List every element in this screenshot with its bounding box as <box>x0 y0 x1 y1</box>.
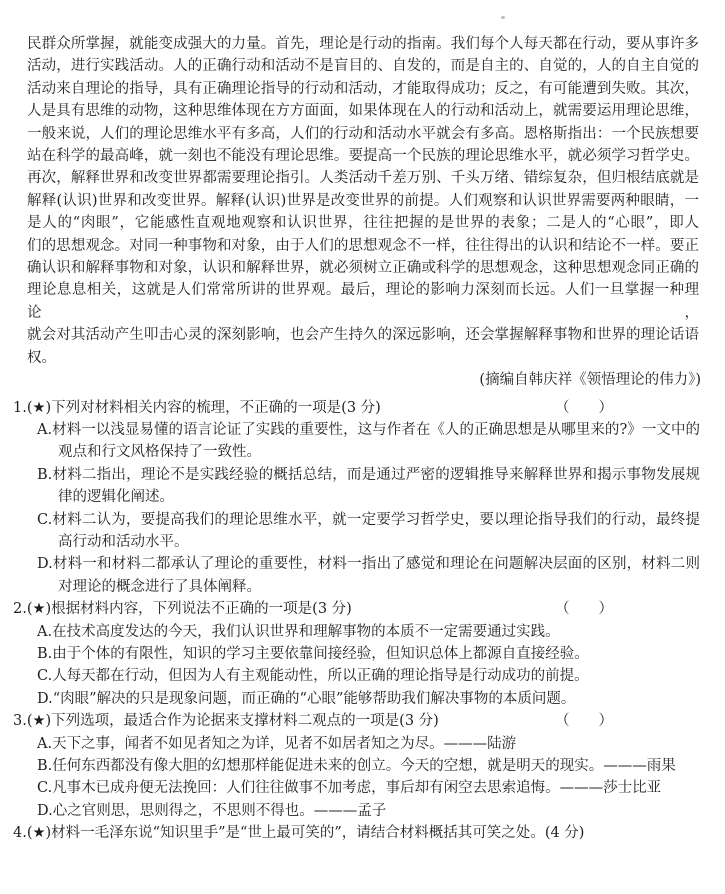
question-stem: 2.(★)根据材料内容，下列说法不正确的一项是(3 分) （ ） <box>0 598 725 620</box>
option-label: D. <box>37 803 53 819</box>
question-stem-text: 下列对材料相关内容的梳理，不正确的一项是 <box>51 397 341 419</box>
option-b: B.由于个体的有限性，知识的学习主要依靠间接经验，但知识总体上都源自直接经验。 <box>0 643 725 665</box>
option-label: D. <box>37 556 53 572</box>
option-label: B. <box>37 467 52 483</box>
question-number: 3.(★) <box>13 710 51 732</box>
option-text: 任何东西都没有像大胆的幻想那样能促进未来的创立。今天的空想，就是明天的现实。——… <box>52 758 676 774</box>
option-label: C. <box>37 512 52 528</box>
question-points: (3 分) <box>312 598 352 620</box>
question-list: 1.(★)下列对材料相关内容的梳理，不正确的一项是(3 分) （ ） A.材料一… <box>0 397 725 845</box>
option-a: A.在技术高度发达的今天，我们认识世界和理解事物的本质不一定需要通过实践。 <box>0 621 725 643</box>
option-text: “肉眼”解决的只是现象问题，而正确的“心眼”能够帮助我们解决事物的本质问题。 <box>53 691 576 707</box>
passage-line: 活动来自理论的指导，具有正确理论指导的行动和活动，才能取得成功；反之，有可能遭到… <box>27 78 699 100</box>
option-text: 材料二认为，要提高我们的理论思维水平，就一定要学习哲学史，要以理论指导我们的行动… <box>52 512 700 550</box>
option-c: C.凡事木已成舟便无法挽回：人们往往做事不加考虑，事后却有闲空去思索追悔。———… <box>0 777 725 799</box>
answer-bracket: （ ） <box>555 598 613 620</box>
option-label: A. <box>37 624 52 640</box>
question-number: 4.(★) <box>13 822 51 844</box>
passage-line: 就会对其活动产生叩击心灵的深刻影响，也会产生持久的深远影响，还会掌握解释事物和世… <box>27 324 699 346</box>
answer-bracket: （ ） <box>555 710 613 732</box>
passage-line: 确认识和解释事物和对象，认识和解释世界，就必须树立正确或科学的思想观念，这种思想… <box>27 257 699 279</box>
question-stem: 1.(★)下列对材料相关内容的梳理，不正确的一项是(3 分) （ ） <box>0 397 725 419</box>
option-a: A.材料一以浅显易懂的语言论证了实践的重要性，这与作者在《人的正确思想是从哪里来… <box>0 419 725 464</box>
option-text: 材料一以浅显易懂的语言论证了实践的重要性，这与作者在《人的正确思想是从哪里来的?… <box>52 422 700 460</box>
option-label: B. <box>37 758 52 774</box>
option-b: B.材料二指出，理论不是实践经验的概括总结，而是通过严密的逻辑推导来解释世界和揭… <box>0 464 725 509</box>
option-label: C. <box>37 780 52 796</box>
question-stem: 4.(★)材料一毛泽东说“知识里手”是“世上最可笑的”，请结合材料概括其可笑之处… <box>0 822 725 844</box>
passage-body: 民群众所掌握，就能变成强大的力量。首先，理论是行动的指南。我们每个人每天都在行动… <box>0 0 725 369</box>
passage-line: 一般来说，人们的理论思维水平有多高，人们的行动和活动水平就会有多高。恩格斯指出：… <box>27 123 699 145</box>
question-points: (3 分) <box>341 397 381 419</box>
option-d: D.心之官则思，思则得之，不思则不得也。———孟子 <box>0 800 725 822</box>
option-text: 在技术高度发达的今天，我们认识世界和理解事物的本质不一定需要通过实践。 <box>52 624 560 640</box>
option-label: B. <box>37 646 52 662</box>
option-text: 凡事木已成舟便无法挽回：人们往往做事不加考虑，事后却有闲空去思索追悔。———莎士… <box>52 780 661 796</box>
source-attribution: (摘编自韩庆祥《领悟理论的伟力》) <box>0 369 725 391</box>
question-stem-text: 下列选项，最适合作为论据来支撑材料二观点的一项是 <box>51 710 399 732</box>
option-c: C.人每天都在行动，但因为人有主观能动性，所以正确的理论指导是行动成功的前提。 <box>0 665 725 687</box>
option-text: 材料一和材料二都承认了理论的重要性，材料一指出了感觉和理论在问题解决层面的区别，… <box>53 556 700 594</box>
question-2: 2.(★)根据材料内容，下列说法不正确的一项是(3 分) （ ） A.在技术高度… <box>0 598 725 710</box>
option-label: D. <box>37 691 53 707</box>
option-label: A. <box>37 422 52 438</box>
answer-bracket: （ ） <box>555 397 613 419</box>
question-stem: 3.(★)下列选项，最适合作为论据来支撑材料二观点的一项是(3 分) （ ） <box>0 710 725 732</box>
passage-line: 解释(认识)世界和改变世界。解释(认识)世界是改变世界的前提。人们观察和认识世界… <box>27 190 699 212</box>
option-text: 由于个体的有限性，知识的学习主要依靠间接经验，但知识总体上都源自直接经验。 <box>52 646 589 662</box>
option-label: A. <box>37 736 52 752</box>
option-text: 材料二指出，理论不是实践经验的概括总结，而是通过严密的逻辑推导来解释世界和揭示事… <box>52 467 700 505</box>
option-b: B.任何东西都没有像大胆的幻想那样能促进未来的创立。今天的空想，就是明天的现实。… <box>0 755 725 777</box>
question-3: 3.(★)下列选项，最适合作为论据来支撑材料二观点的一项是(3 分) （ ） A… <box>0 710 725 822</box>
passage-line: 是人的“肉眼”，它能感性直观地观察和认识世界，往往把握的是世界的表象；二是人的“… <box>27 212 699 234</box>
passage-line: 人是具有思维的动物，这种思维体现在方方面面，如果体现在人的行动和活动上，就需要运… <box>27 100 699 122</box>
passage-line: 理论息息相关，这就是人们常常所讲的世界观。最后，理论的影响力深刻而长远。人们一旦… <box>27 279 699 324</box>
option-c: C.材料二认为，要提高我们的理论思维水平，就一定要学习哲学史，要以理论指导我们的… <box>0 509 725 554</box>
question-number: 1.(★) <box>13 397 51 419</box>
option-d: D.材料一和材料二都承认了理论的重要性，材料一指出了感觉和理论在问题解决层面的区… <box>0 553 725 598</box>
stray-mark <box>501 16 505 19</box>
question-stem-text: 根据材料内容，下列说法不正确的一项是 <box>51 598 312 620</box>
question-stem-text: 材料一毛泽东说“知识里手”是“世上最可笑的”，请结合材料概括其可笑之处。 <box>51 822 545 844</box>
option-text: 人每天都在行动，但因为人有主观能动性，所以正确的理论指导是行动成功的前提。 <box>52 668 589 684</box>
question-number: 2.(★) <box>13 598 51 620</box>
option-text: 天下之事，闻者不如见者知之为详，见者不如居者知之为尽。———陆游 <box>52 736 516 752</box>
passage-line: 活动，进行实践活动。人的正确行动和活动不是盲目的、自发的，而是自主的、自觉的，人… <box>27 55 699 77</box>
option-label: C. <box>37 668 52 684</box>
passage-line: 再次，解释世界和改变世界都需要理论指引。人类活动千差万别、千头万绪、错综复杂，但… <box>27 167 699 189</box>
question-points: (3 分) <box>399 710 439 732</box>
option-text: 心之官则思，思则得之，不思则不得也。———孟子 <box>53 803 387 819</box>
passage-line: 权。 <box>27 347 699 369</box>
question-1: 1.(★)下列对材料相关内容的梳理，不正确的一项是(3 分) （ ） A.材料一… <box>0 397 725 599</box>
option-a: A.天下之事，闻者不如见者知之为详，见者不如居者知之为尽。———陆游 <box>0 733 725 755</box>
question-4: 4.(★)材料一毛泽东说“知识里手”是“世上最可笑的”，请结合材料概括其可笑之处… <box>0 822 725 844</box>
passage-line: 们的思想观念。对同一种事物和对象，由于人们的思想观念不一样，往往得出的认识和结论… <box>27 235 699 257</box>
question-points: (4 分) <box>545 822 585 844</box>
passage-line: 站在科学的最高峰，就一刻也不能没有理论思维。要提高一个民族的理论思维水平，就必须… <box>27 145 699 167</box>
passage-line: 民群众所掌握，就能变成强大的力量。首先，理论是行动的指南。我们每个人每天都在行动… <box>27 33 699 55</box>
option-d: D.“肉眼”解决的只是现象问题，而正确的“心眼”能够帮助我们解决事物的本质问题。 <box>0 688 725 710</box>
